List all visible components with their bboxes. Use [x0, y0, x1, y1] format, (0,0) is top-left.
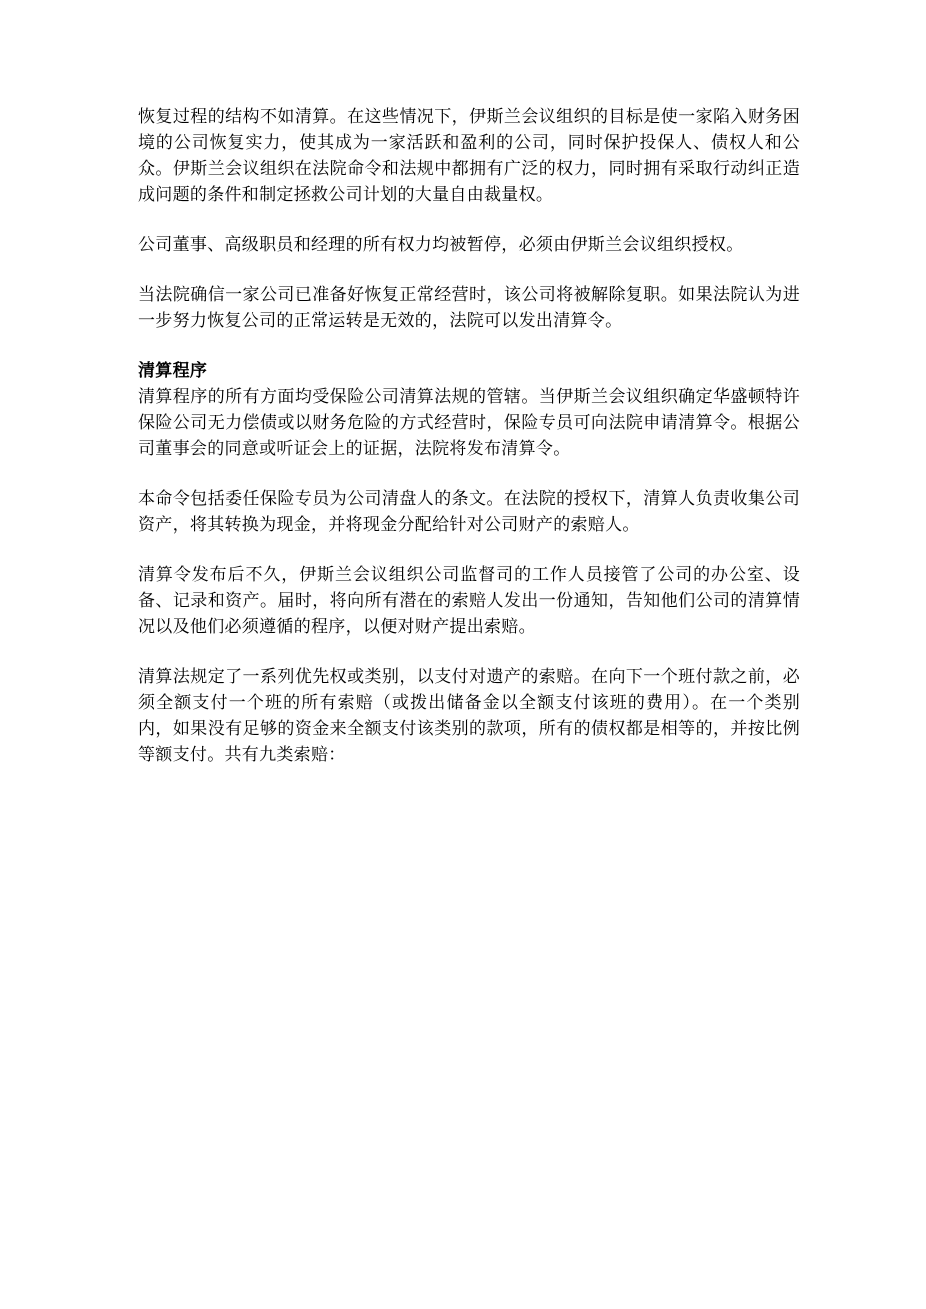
- paragraph-liquidator-appointment: 本命令包括委任保险专员为公司清盘人的条文。在法院的授权下，清算人负责收集公司资产…: [138, 486, 800, 538]
- paragraph-powers-suspended: 公司董事、高级职员和经理的所有权力均被暂停，必须由伊斯兰会议组织授权。: [138, 232, 800, 258]
- paragraph-staff-takeover-notice: 清算令发布后不久，伊斯兰会议组织公司监督司的工作人员接管了公司的办公室、设备、记…: [138, 562, 800, 640]
- section-heading-liquidation-procedure: 清算程序: [138, 358, 800, 384]
- paragraph-rehabilitation-overview: 恢复过程的结构不如清算。在这些情况下，伊斯兰会议组织的目标是使一家陷入财务困境的…: [138, 104, 800, 208]
- paragraph-claim-priority-classes: 清算法规定了一系列优先权或类别，以支付对遗产的索赔。在向下一个班付款之前，必须全…: [138, 664, 800, 768]
- paragraph-liquidation-law: 清算程序的所有方面均受保险公司清算法规的管辖。当伊斯兰会议组织确定华盛顿特许保险…: [138, 384, 800, 462]
- document-text-block: 恢复过程的结构不如清算。在这些情况下，伊斯兰会议组织的目标是使一家陷入财务困境的…: [138, 104, 800, 792]
- document-canvas: { "page": { "background_color": "#ffffff…: [0, 0, 926, 1309]
- paragraph-court-release: 当法院确信一家公司已准备好恢复正常经营时，该公司将被解除复职。如果法院认为进一步…: [138, 282, 800, 334]
